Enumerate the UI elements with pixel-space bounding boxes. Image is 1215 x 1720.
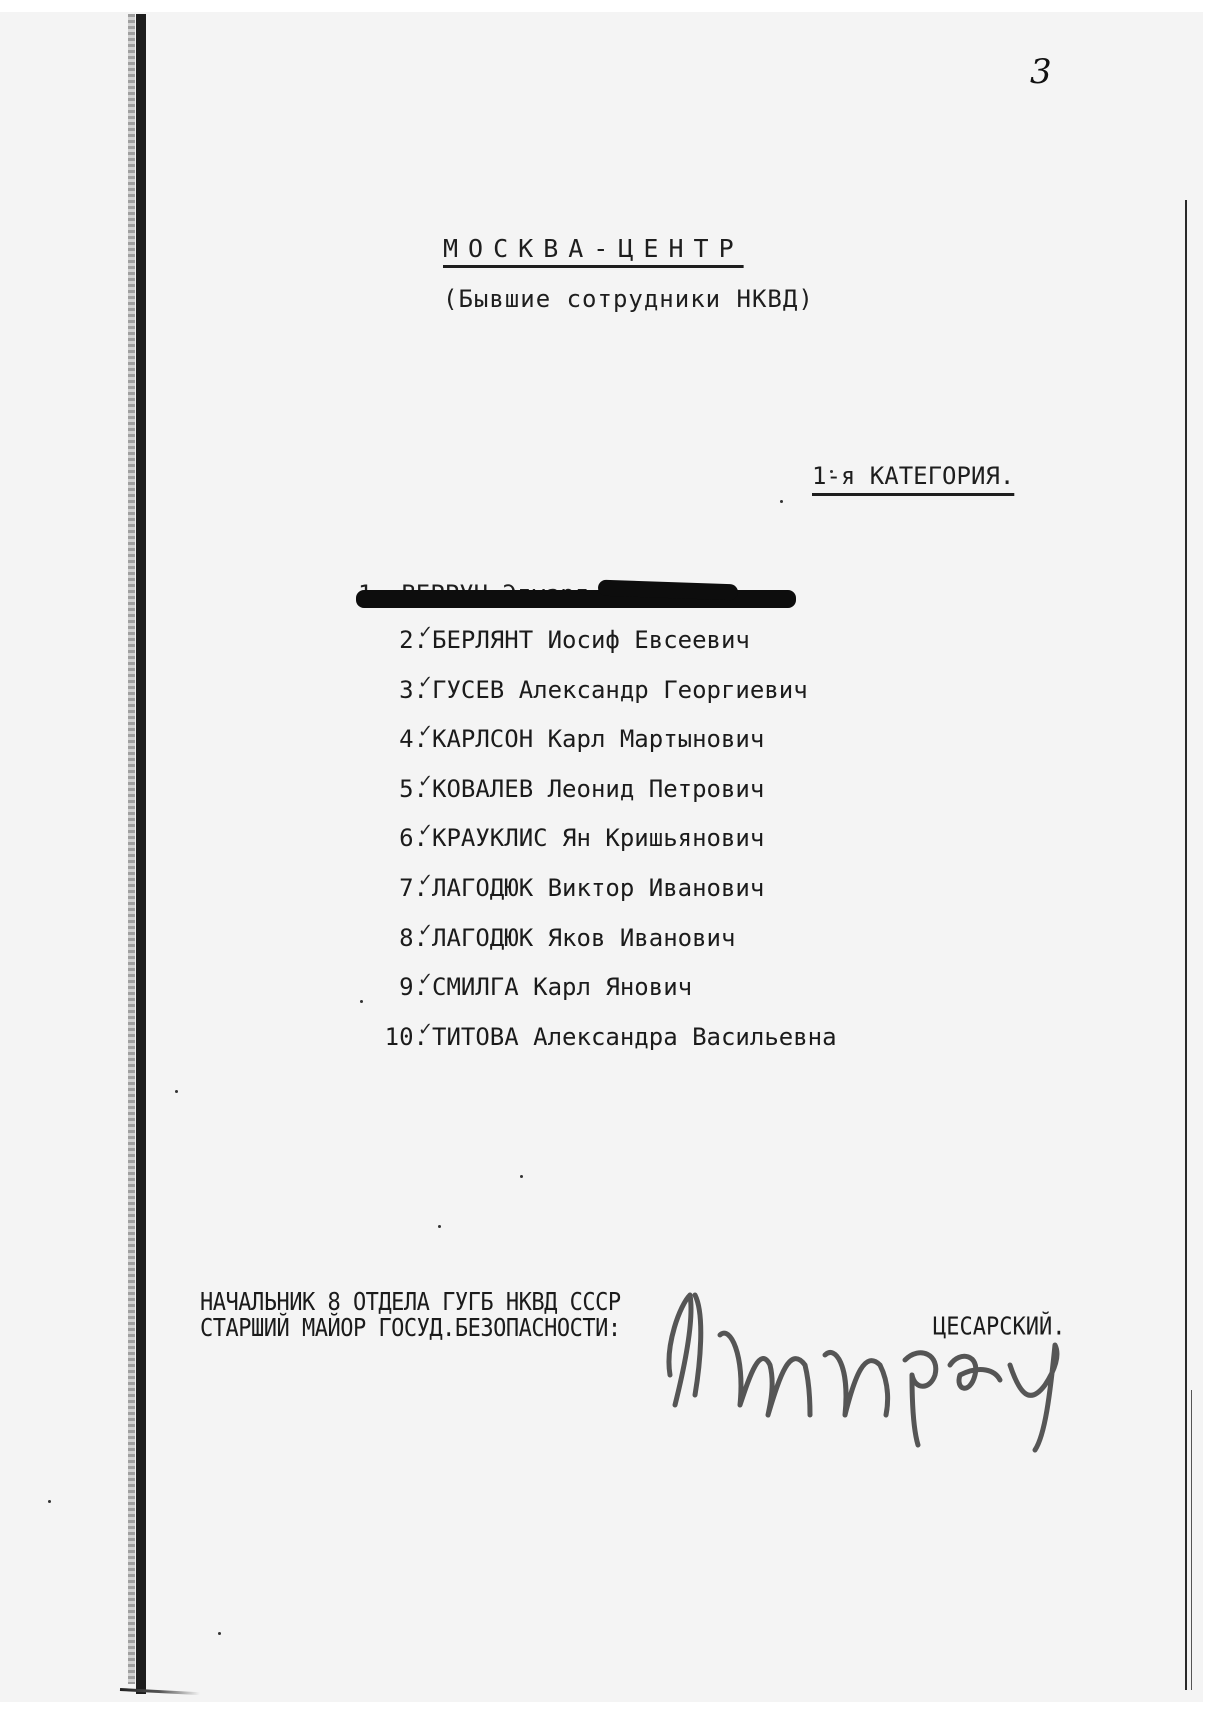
redacted-list-item: 1. ВЕРРУН Эдуард Петрович [358, 580, 798, 610]
list-item-name: КРАУКЛИС Ян Кришьянович [432, 824, 764, 852]
check-mark-icon: ✓ [418, 721, 433, 742]
check-mark-icon: ✓ [418, 820, 433, 841]
list-item-number: 5. [348, 775, 428, 803]
binding-corner [120, 1688, 200, 1695]
list-item-name: ЛАГОДЮК Яков Иванович [432, 924, 735, 952]
list-item-number: 4. [348, 725, 428, 753]
signature-block: НАЧАЛЬНИК 8 ОТДЕЛА ГУГБ НКВД СССР СТАРШИ… [200, 1290, 621, 1342]
check-mark-icon: ✓ [418, 870, 433, 891]
signatory-rank: СТАРШИЙ МАЙОР ГОСУД.БЕЗОПАСНОСТИ: [200, 1316, 621, 1342]
document-title: МОСКВА-ЦЕНТР [443, 234, 744, 263]
list-item-name: КОВАЛЕВ Леонид Петрович [432, 775, 764, 803]
list-item-number: 7. [348, 874, 428, 902]
list-item-number: 8. [348, 924, 428, 952]
list-item-name: ГУСЕВ Александр Георгиевич [432, 676, 808, 704]
list-item-number: 3. [348, 676, 428, 704]
check-mark-icon: ✓ [418, 672, 433, 693]
scan-border-bottom [0, 1702, 1215, 1720]
handwritten-signature [650, 1265, 1100, 1455]
scan-speck [175, 1090, 178, 1093]
binding-shadow [128, 14, 135, 1684]
list-item-number: 10. [348, 1023, 428, 1051]
document-page: 3 МОСКВА-ЦЕНТР (Бывшие сотрудники НКВД) … [0, 0, 1215, 1720]
page-number: 3 [1030, 52, 1052, 92]
page-edge-line [1185, 200, 1187, 1690]
list-item-number: 2. [348, 626, 428, 654]
check-mark-icon: ✓ [418, 1019, 433, 1040]
scan-speck [438, 1225, 441, 1228]
check-mark-icon: ✓ [418, 920, 433, 941]
check-mark-icon: ✓ [418, 771, 433, 792]
scan-speck [780, 500, 783, 503]
scan-speck [830, 470, 833, 473]
list-item-name: БЕРЛЯНТ Иосиф Евсеевич [432, 626, 750, 654]
list-item-number: 6. [348, 824, 428, 852]
binding-edge [136, 14, 146, 1694]
scan-speck [218, 1632, 221, 1635]
scan-border-top [0, 0, 1215, 12]
category-heading: 1-я КАТЕГОРИЯ. [812, 462, 1014, 490]
signatory-position: НАЧАЛЬНИК 8 ОТДЕЛА ГУГБ НКВД СССР [200, 1290, 621, 1316]
scan-border-right [1203, 0, 1215, 1720]
scan-speck [48, 1500, 51, 1503]
scan-speck [520, 1175, 523, 1178]
scan-speck [360, 1000, 363, 1003]
list-item-name: КАРЛСОН Карл Мартынович [432, 725, 764, 753]
list-item-name: ЛАГОДЮК Виктор Иванович [432, 874, 764, 902]
page-edge-line-secondary [1191, 1390, 1192, 1690]
document-subtitle: (Бывшие сотрудники НКВД) [443, 285, 814, 313]
check-mark-icon: ✓ [418, 969, 433, 990]
list-item-number: 9. [348, 973, 428, 1001]
check-mark-icon: ✓ [418, 622, 433, 643]
list-item-name: ТИТОВА Александра Васильевна [432, 1023, 837, 1051]
list-item-name: СМИЛГА Карл Янович [432, 973, 692, 1001]
